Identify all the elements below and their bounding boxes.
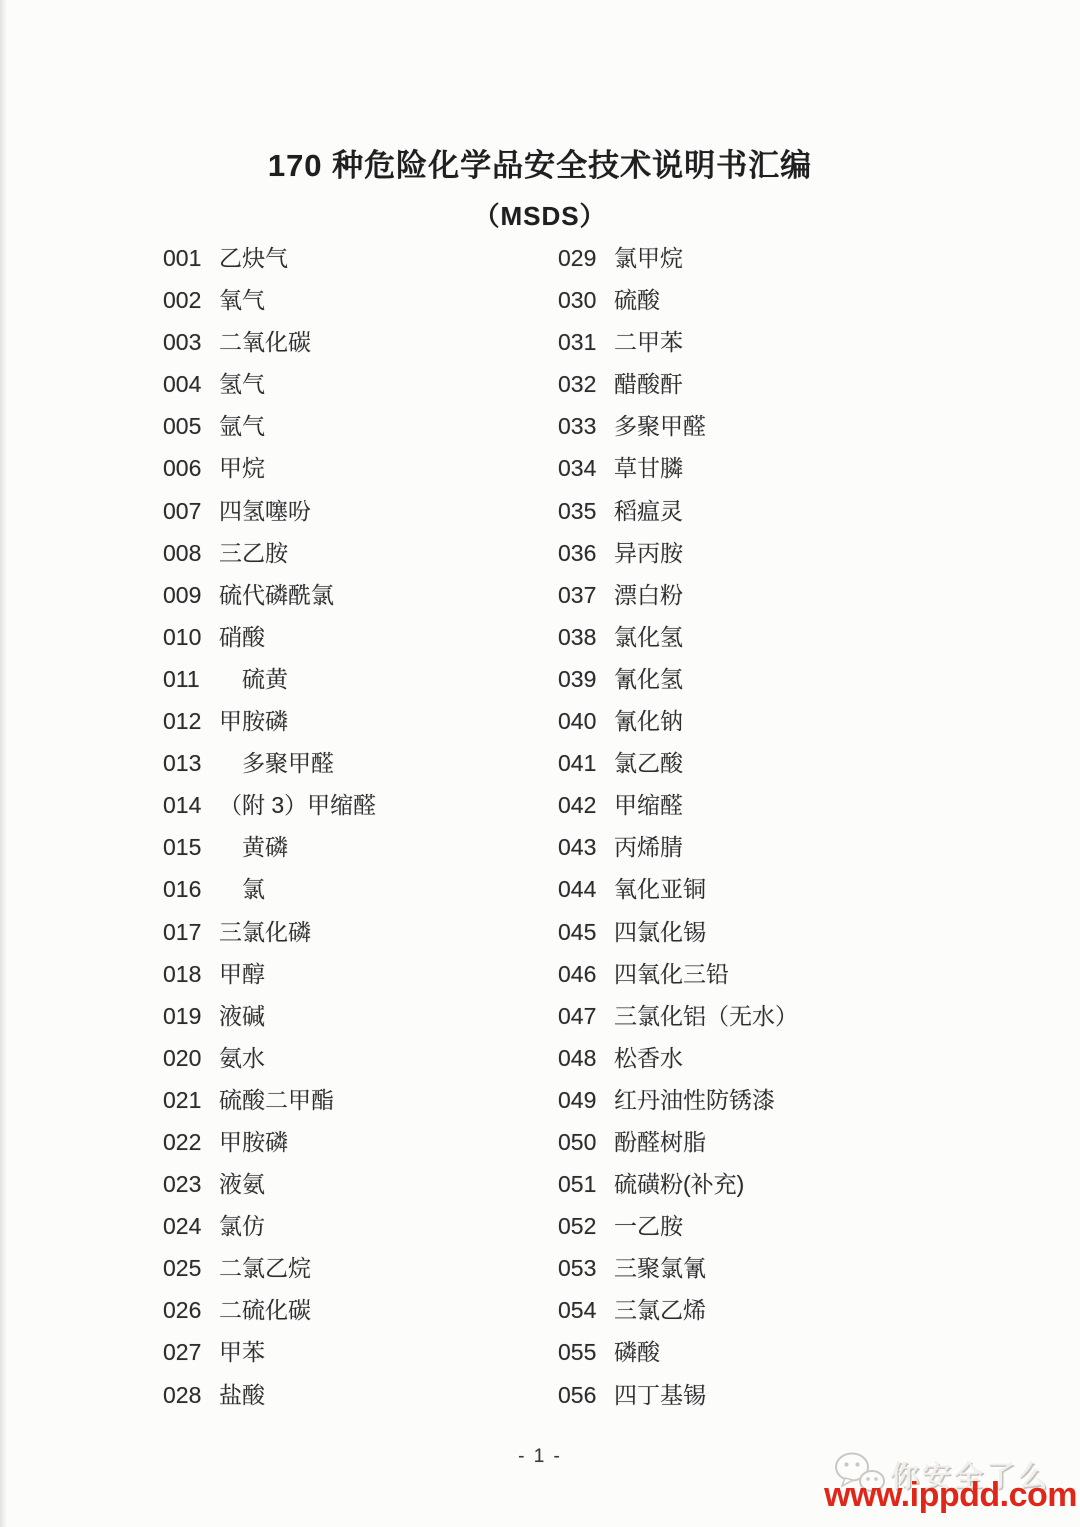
item-name: 三氯乙烯 [614,1297,706,1323]
item-name: 乙炔气 [219,245,288,271]
item-number: 035 [558,490,605,532]
item-number: 003 [163,321,210,363]
item-name: 液氨 [219,1171,265,1197]
list-item: 056四丁基锡 [558,1374,798,1416]
item-name: 硫酸二甲酯 [219,1087,334,1113]
item-name: 甲烷 [219,455,265,481]
item-name: 硫代磷酰氯 [219,582,334,608]
list-item: 049红丹油性防锈漆 [558,1079,798,1121]
item-number: 028 [163,1374,210,1416]
list-item: 035稻瘟灵 [558,490,798,532]
item-name: 三氯化磷 [219,919,311,945]
list-item: 014（附 3）甲缩醛 [163,784,376,826]
item-number: 044 [558,868,605,910]
list-item: 054三氯乙烯 [558,1289,798,1331]
item-name: 氯化氢 [614,624,683,650]
list-item: 037漂白粉 [558,574,798,616]
item-number: 040 [558,700,605,742]
item-name: 氰化氢 [614,666,683,692]
item-name: 四氯化锡 [614,919,706,945]
list-item: 007四氢噻吩 [163,490,376,532]
item-name: 氯 [219,876,265,902]
list-item: 018甲醇 [163,953,376,995]
item-name: 四丁基锡 [614,1382,706,1408]
item-number: 046 [558,953,605,995]
item-number: 047 [558,995,605,1037]
item-name: 丙烯腈 [614,834,683,860]
item-name: 黄磷 [219,834,288,860]
watermark-url: www.ippdd.com [824,1476,1077,1515]
list-item: 029氯甲烷 [558,237,798,279]
list-item: 015 黄磷 [163,826,376,868]
item-name: 氯仿 [219,1213,265,1239]
item-name: 甲苯 [219,1339,265,1365]
list-item: 052一乙胺 [558,1205,798,1247]
list-item: 046四氧化三铅 [558,953,798,995]
list-item: 006甲烷 [163,447,376,489]
item-number: 027 [163,1331,210,1373]
item-number: 013 [163,742,210,784]
item-number: 015 [163,826,210,868]
item-number: 055 [558,1331,605,1373]
list-item: 019液碱 [163,995,376,1037]
item-name: 氨水 [219,1045,265,1071]
list-item: 005氩气 [163,405,376,447]
item-name: 三乙胺 [219,540,288,566]
item-number: 056 [558,1374,605,1416]
item-name: 甲胺磷 [219,708,288,734]
item-name: 硫黄 [219,666,288,692]
list-item: 034草甘膦 [558,447,798,489]
item-number: 054 [558,1289,605,1331]
item-name: 氧化亚铜 [614,876,706,902]
list-item: 050酚醛树脂 [558,1121,798,1163]
list-item: 012甲胺磷 [163,700,376,742]
list-item: 013 多聚甲醛 [163,742,376,784]
list-item: 055磷酸 [558,1331,798,1373]
item-number: 042 [558,784,605,826]
list-item: 031二甲苯 [558,321,798,363]
list-item: 016 氯 [163,868,376,910]
page-subtitle: （MSDS） [0,196,1080,233]
item-name: 一乙胺 [614,1213,683,1239]
list-item: 008三乙胺 [163,532,376,574]
list-item: 003二氧化碳 [163,321,376,363]
list-item: 023液氨 [163,1163,376,1205]
chemical-list-left-column: 001乙炔气 002氧气 003二氧化碳 004氢气 005氩气 006甲烷 0… [163,237,376,1416]
item-name: 氢气 [219,371,265,397]
item-number: 004 [163,363,210,405]
item-name: 氩气 [219,413,265,439]
item-name: 多聚甲醛 [614,413,706,439]
list-item: 039氰化氢 [558,658,798,700]
list-item: 027甲苯 [163,1331,376,1373]
list-item: 004氢气 [163,363,376,405]
item-number: 038 [558,616,605,658]
list-item: 051硫磺粉(补充) [558,1163,798,1205]
list-item: 036异丙胺 [558,532,798,574]
item-name: （附 3）甲缩醛 [219,792,376,818]
item-name: 甲胺磷 [219,1129,288,1155]
item-number: 051 [558,1163,605,1205]
item-number: 026 [163,1289,210,1331]
item-number: 017 [163,911,210,953]
item-number: 009 [163,574,210,616]
item-number: 002 [163,279,210,321]
item-name: 四氧化三铅 [614,961,729,987]
list-item: 022甲胺磷 [163,1121,376,1163]
list-item: 042甲缩醛 [558,784,798,826]
item-name: 二氯乙烷 [219,1255,311,1281]
item-name: 硫磺粉(补充) [614,1171,744,1197]
item-name: 盐酸 [219,1382,265,1408]
item-number: 005 [163,405,210,447]
item-number: 025 [163,1247,210,1289]
chemical-list-right-column: 029氯甲烷 030硫酸 031二甲苯 032醋酸酐 033多聚甲醛 034草甘… [558,237,798,1416]
list-item: 045四氯化锡 [558,911,798,953]
list-item: 044氧化亚铜 [558,868,798,910]
item-name: 稻瘟灵 [614,498,683,524]
item-number: 006 [163,447,210,489]
watermark: 你安全了么 www.ippdd.com [760,1428,1080,1527]
item-number: 043 [558,826,605,868]
list-item: 009硫代磷酰氯 [163,574,376,616]
item-name: 酚醛树脂 [614,1129,706,1155]
item-name: 多聚甲醛 [219,750,334,776]
item-number: 053 [558,1247,605,1289]
item-number: 036 [558,532,605,574]
item-number: 016 [163,868,210,910]
list-item: 017三氯化磷 [163,911,376,953]
item-name: 磷酸 [614,1339,660,1365]
item-name: 三聚氯氰 [614,1255,706,1281]
item-name: 四氢噻吩 [219,498,311,524]
list-item: 040氰化钠 [558,700,798,742]
item-number: 020 [163,1037,210,1079]
item-number: 049 [558,1079,605,1121]
list-item: 021硫酸二甲酯 [163,1079,376,1121]
list-item: 020氨水 [163,1037,376,1079]
item-number: 052 [558,1205,605,1247]
item-name: 氧气 [219,287,265,313]
item-name: 甲缩醛 [614,792,683,818]
item-number: 018 [163,953,210,995]
item-number: 034 [558,447,605,489]
list-item: 024氯仿 [163,1205,376,1247]
document-page: 170 种危险化学品安全技术说明书汇编 （MSDS） 001乙炔气 002氧气 … [0,0,1080,1527]
item-name: 氯甲烷 [614,245,683,271]
list-item: 028盐酸 [163,1374,376,1416]
list-item: 025二氯乙烷 [163,1247,376,1289]
item-name: 二硫化碳 [219,1297,311,1323]
item-name: 氰化钠 [614,708,683,734]
item-name: 红丹油性防锈漆 [614,1087,775,1113]
list-item: 041氯乙酸 [558,742,798,784]
page-title: 170 种危险化学品安全技术说明书汇编 [0,140,1080,185]
item-number: 039 [558,658,605,700]
list-item: 001乙炔气 [163,237,376,279]
item-number: 037 [558,574,605,616]
item-name: 氯乙酸 [614,750,683,776]
item-name: 漂白粉 [614,582,683,608]
item-number: 022 [163,1121,210,1163]
item-number: 021 [163,1079,210,1121]
item-name: 草甘膦 [614,455,683,481]
item-number: 007 [163,490,210,532]
item-name: 松香水 [614,1045,683,1071]
item-number: 008 [163,532,210,574]
list-item: 010硝酸 [163,616,376,658]
item-number: 012 [163,700,210,742]
item-number: 030 [558,279,605,321]
item-number: 045 [558,911,605,953]
list-item: 038氯化氢 [558,616,798,658]
list-item: 030硫酸 [558,279,798,321]
item-number: 001 [163,237,210,279]
item-name: 二甲苯 [614,329,683,355]
list-item: 002氧气 [163,279,376,321]
item-name: 液碱 [219,1003,265,1029]
item-number: 032 [558,363,605,405]
list-item: 026二硫化碳 [163,1289,376,1331]
list-item: 053三聚氯氰 [558,1247,798,1289]
item-number: 041 [558,742,605,784]
list-item: 032醋酸酐 [558,363,798,405]
item-number: 033 [558,405,605,447]
item-number: 048 [558,1037,605,1079]
item-number: 031 [558,321,605,363]
item-name: 醋酸酐 [614,371,683,397]
list-item: 033多聚甲醛 [558,405,798,447]
item-number: 010 [163,616,210,658]
list-item: 011 硫黄 [163,658,376,700]
item-name: 甲醇 [219,961,265,987]
item-number: 014 [163,784,210,826]
item-number: 023 [163,1163,210,1205]
item-number: 019 [163,995,210,1037]
item-number: 011 [163,658,210,700]
item-number: 029 [558,237,605,279]
item-name: 硝酸 [219,624,265,650]
list-item: 043丙烯腈 [558,826,798,868]
item-number: 050 [558,1121,605,1163]
item-name: 异丙胺 [614,540,683,566]
list-item: 047三氯化铝（无水） [558,995,798,1037]
item-name: 硫酸 [614,287,660,313]
item-number: 024 [163,1205,210,1247]
item-name: 二氧化碳 [219,329,311,355]
list-item: 048松香水 [558,1037,798,1079]
item-name: 三氯化铝（无水） [614,1003,798,1029]
